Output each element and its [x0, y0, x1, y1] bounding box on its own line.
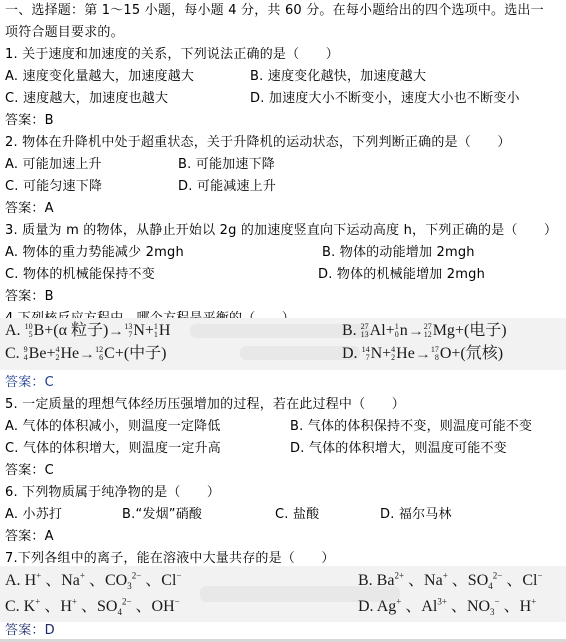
question-2-stem: 2. 物体在升降机中处于超重状态，关于升降机的运动状态，下列判断正确的是（ ） [5, 132, 511, 154]
question-6-option-d: D. 福尔马林 [380, 504, 452, 526]
exam-page: 一、选择题：第 1～15 小题，每小题 4 分，共 60 分。在每小题给出的四个… [0, 0, 566, 642]
question-6-option-c: C. 盐酸 [275, 504, 319, 526]
question-3-option-d: D. 物体的机械能增加 2mgh [318, 264, 485, 286]
question-5-stem: 5. 一定质量的理想气体经历压强增加的过程，若在此过程中（ ） [5, 394, 405, 416]
question-3-answer: 答案：B [5, 286, 54, 308]
question-6-stem: 6. 下列物质属于纯净物的是（ ） [5, 482, 220, 504]
question-7-option-a: A. H+ 、Na+ 、CO32− 、Cl− [5, 570, 182, 592]
question-2-option-b: B. 可能加速下降 [178, 154, 275, 176]
section-heading-line1: 一、选择题：第 1～15 小题，每小题 4 分，共 60 分。在每小题给出的四个… [5, 0, 544, 22]
question-7-scanned-options: A. H+ 、Na+ 、CO32− 、Cl− B. Ba2+ 、Na+ 、SO4… [0, 566, 566, 622]
question-5-option-d: D. 气体的体积增大，则温度可能不变 [290, 438, 507, 460]
question-4-answer: 答案：C [5, 372, 54, 394]
question-6-option-b: B.“发烟”硝酸 [122, 504, 202, 526]
arrow-icon: → [79, 343, 95, 365]
question-3-option-a: A. 物体的重力势能减少 2mgh [5, 242, 184, 264]
question-7-option-b: B. Ba2+ 、Na+ 、SO42− 、Cl− [358, 570, 543, 592]
question-3-option-c: C. 物体的机械能保持不变 [5, 264, 155, 286]
question-2-option-a: A. 可能加速上升 [5, 154, 102, 176]
question-1-answer: 答案：B [5, 110, 54, 132]
question-6-option-a: A. 小苏打 [5, 504, 62, 526]
question-5-option-b: B. 气体的体积保持不变，则温度可能不变 [290, 416, 532, 438]
arrow-icon: → [408, 320, 424, 342]
question-5-answer: 答案：C [5, 460, 54, 482]
arrow-icon: → [109, 320, 125, 342]
question-1-option-a: A. 速度变化量越大，加速度越大 [5, 66, 194, 88]
question-5-option-a: A. 气体的体积减小，则温度一定降低 [5, 416, 221, 438]
question-6-answer: 答案：A [5, 526, 54, 548]
question-4-option-d: D. 147N+42He→178O+(氘核) [342, 343, 503, 365]
question-2-option-c: C. 可能匀速下降 [5, 176, 102, 198]
question-4-option-b: B. 2713Al+10n→2712Mg+(电子) [342, 320, 507, 342]
question-1-option-b: B. 速度变化越快，加速度越大 [250, 66, 426, 88]
arrow-icon: → [415, 343, 431, 365]
question-1-option-d: D. 加速度大小不断变小，速度大小也不断变小 [250, 88, 520, 110]
question-1-option-c: C. 速度越大，加速度也越大 [5, 88, 168, 110]
question-5-option-c: C. 气体的体积增大，则温度一定升高 [5, 438, 221, 460]
section-heading-line2: 项符合题目要求的。 [5, 22, 124, 44]
question-3-option-b: B. 物体的动能增加 2mgh [322, 242, 475, 264]
question-4-scanned-options: A. 105B+(α 粒子)→137N+11H B. 2713Al+10n→27… [0, 318, 566, 370]
question-3-stem: 3. 质量为 m 的物体，从静止开始以 2g 的加速度竖直向下运动高度 h，下列… [5, 220, 557, 242]
question-1-stem: 1. 关于速度和加速度的关系，下列说法正确的是（ ） [5, 44, 339, 66]
question-4-option-c: C. 94Be+42He→126C+(中子) [5, 343, 167, 365]
question-7-option-c: C. K+ 、H+ 、SO42− 、OH− [5, 596, 180, 618]
question-4-option-a: A. 105B+(α 粒子)→137N+11H [5, 320, 170, 342]
question-2-option-d: D. 可能减速上升 [178, 176, 276, 198]
question-2-answer: 答案：A [5, 198, 54, 220]
question-7-option-d: D. Ag+ 、Al3+ 、NO3− 、H+ [358, 596, 536, 618]
